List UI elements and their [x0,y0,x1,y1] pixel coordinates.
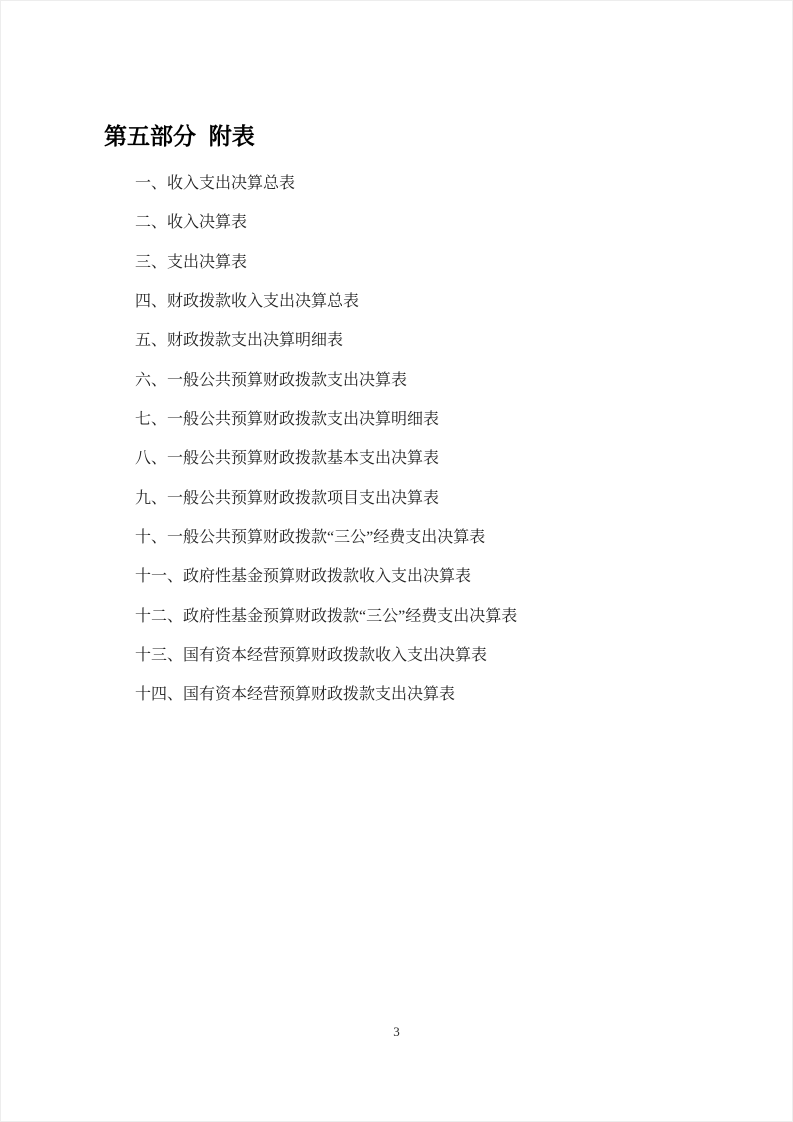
toc-item-10: 十、一般公共预算财政拨款“三公”经费支出决算表 [135,518,517,557]
page-number: 3 [0,1024,793,1040]
toc-item-7: 七、一般公共预算财政拨款支出决算明细表 [135,400,517,439]
toc-item-4: 四、财政拨款收入支出决算总表 [135,282,517,321]
toc-item-3: 三、支出决算表 [135,243,517,282]
toc-item-1: 一、收入支出决算总表 [135,164,517,203]
toc-item-2: 二、收入决算表 [135,203,517,242]
document-page: 第五部分 附表 一、收入支出决算总表 二、收入决算表 三、支出决算表 四、财政拨… [0,0,793,1122]
toc-item-9: 九、一般公共预算财政拨款项目支出决算表 [135,479,517,518]
toc-list: 一、收入支出决算总表 二、收入决算表 三、支出决算表 四、财政拨款收入支出决算总… [135,164,517,715]
toc-item-13: 十三、国有资本经营预算财政拨款收入支出决算表 [135,636,517,675]
toc-item-5: 五、财政拨款支出决算明细表 [135,321,517,360]
section-title: 第五部分 附表 [104,122,255,151]
toc-item-14: 十四、国有资本经营预算财政拨款支出决算表 [135,675,517,714]
toc-item-11: 十一、政府性基金预算财政拨款收入支出决算表 [135,557,517,596]
toc-item-12: 十二、政府性基金预算财政拨款“三公”经费支出决算表 [135,597,517,636]
toc-item-8: 八、一般公共预算财政拨款基本支出决算表 [135,439,517,478]
toc-item-6: 六、一般公共预算财政拨款支出决算表 [135,361,517,400]
